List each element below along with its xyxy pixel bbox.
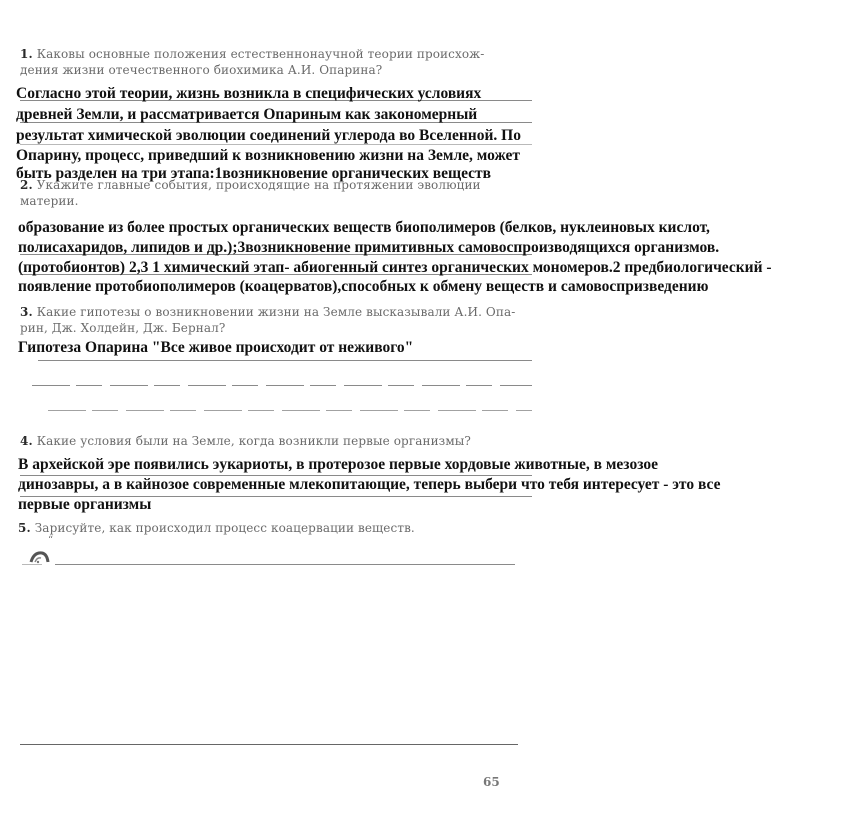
answer-2-line-3: (протобионтов) 2,3 1 химический этап- аб… [18,258,772,278]
question-number: 2. [20,178,33,192]
question-number: 3. [20,305,33,319]
answer-rule [48,410,532,411]
question-1-line-1: 1.Каковы основные положения естественнон… [20,46,540,62]
question-1-line-2: дения жизни отечественного биохимика А.И… [20,62,540,78]
question-number: 5. [18,521,31,535]
question-3: 3.Какие гипотезы о возникновении жизни н… [20,304,540,336]
bottom-rule [20,744,518,745]
question-4-line-1: 4.Какие условия были на Земле, когда воз… [20,433,580,449]
answer-4-line-3: первые организмы [18,495,151,515]
question-2-line-1: 2.Укажите главные события, происходящие … [20,177,540,193]
question-2: 2.Укажите главные события, происходящие … [20,177,540,209]
workbook-page: 1.Каковы основные положения естественнон… [0,0,843,818]
answer-1-line-3: результат химической эволюции соединений… [16,126,521,146]
answer-rule [32,385,532,386]
answer-rule [38,360,532,361]
answer-2-line-2: полисахаридов, липидов и др.);3возникнов… [18,238,719,258]
answer-4-line-2: динозавры, а в кайнозое современные млек… [18,475,720,495]
answer-1-line-1: Согласно этой теории, жизнь возникла в с… [16,84,481,104]
quote-mark: “ [48,535,53,546]
question-3-line-2: рин, Дж. Холдейн, Дж. Бернал? [20,320,540,336]
question-4: 4.Какие условия были на Земле, когда воз… [20,433,580,449]
question-number: 4. [20,434,33,448]
question-1: 1.Каковы основные положения естественнон… [20,46,540,78]
question-5: 5.Зарисуйте, как происходил процесс коац… [18,520,538,536]
question-5-line-1: 5.Зарисуйте, как происходил процесс коац… [18,520,538,536]
answer-2-line-1: образование из более простых органически… [18,218,710,238]
answer-1-line-4: Опарину, процесс, приведший к возникнове… [16,146,520,166]
question-number: 1. [20,47,33,61]
answer-1-line-2: древней Земли, и рассматривается Опарины… [16,105,477,125]
page-number: 65 [483,775,500,789]
answer-4-line-1: В архейской эре появились эукариоты, в п… [18,455,658,475]
question-2-line-2: материи. [20,193,540,209]
drawing-rule [55,564,515,565]
drawing-rule [22,564,42,565]
answer-2-line-4: появление протобиополимеров (коацерватов… [18,277,708,297]
question-3-line-1: 3.Какие гипотезы о возникновении жизни н… [20,304,540,320]
answer-3-line-1: Гипотеза Опарина "Все живое происходит о… [18,338,413,358]
